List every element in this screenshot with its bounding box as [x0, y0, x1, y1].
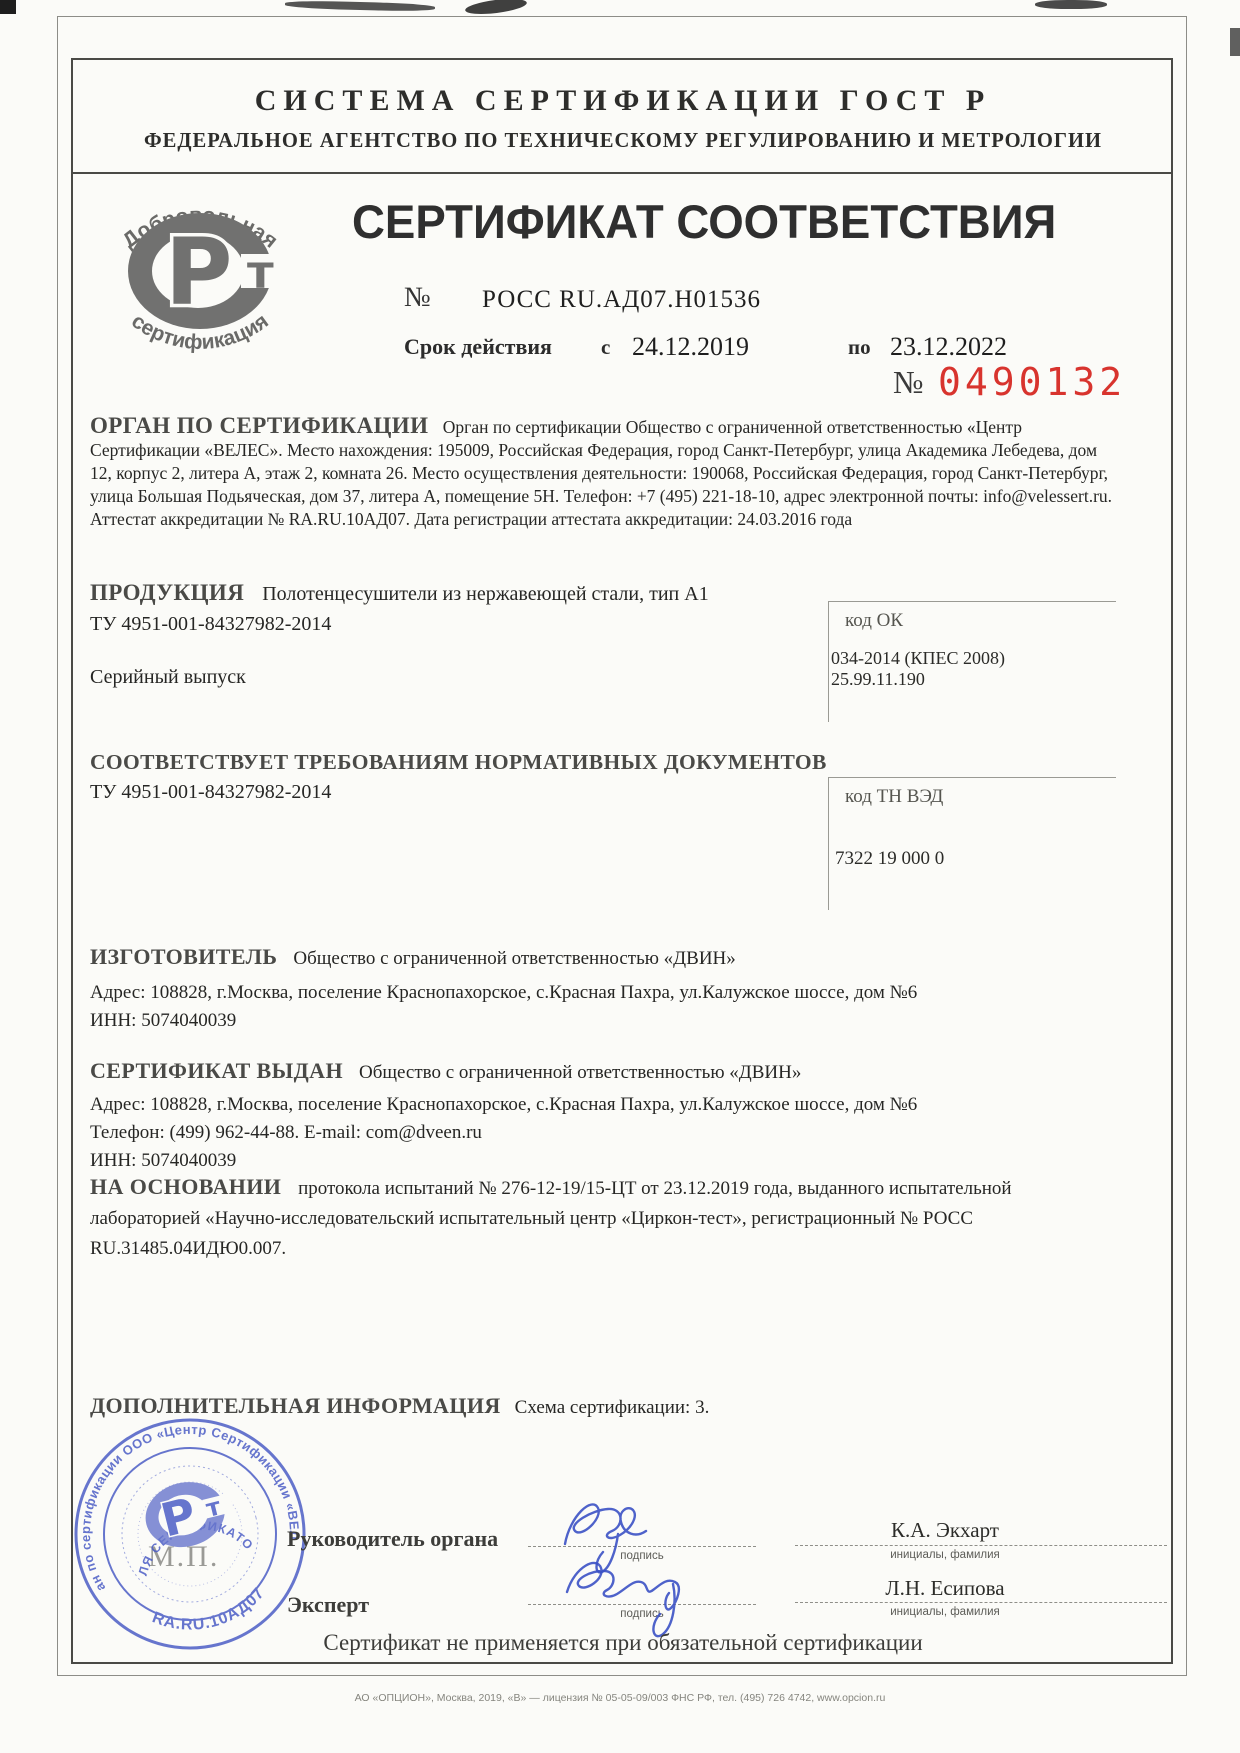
code-ok-label: код ОК — [845, 610, 1116, 632]
validity-to-date: 23.12.2022 — [890, 332, 1007, 362]
code-tnved-label: код ТН ВЭД — [845, 786, 1116, 808]
print-info: АО «ОПЦИОН», Москва, 2019, «В» — лицензи… — [0, 1692, 1240, 1704]
expert-name-line — [795, 1602, 1167, 1603]
production-serial: Серийный выпуск — [90, 666, 820, 689]
validity-from-date: 24.12.2019 — [632, 332, 749, 362]
logo-letter-p: Р — [165, 219, 232, 326]
production-name: Полотенцесушители из нержавеющей стали, … — [262, 583, 709, 605]
expert-name: Л.Н. Есипова — [795, 1576, 1095, 1601]
certificate-page: СИСТЕМА СЕРТИФИКАЦИИ ГОСТ Р ФЕДЕРАЛЬНОЕ … — [0, 0, 1240, 1753]
manufacturer-inn: ИНН: 5074040039 — [90, 1007, 1130, 1035]
cert-number-value: РОСС RU.АД07.Н01536 — [482, 286, 761, 314]
document-title: СЕРТИФИКАТ СООТВЕТСТВИЯ — [352, 194, 1056, 249]
scan-artifact — [464, 0, 527, 17]
code-ok-box: код ОК 034-2014 (КПЕС 2008) 25.99.11.190 — [828, 601, 1116, 722]
blank-number-value: 0490132 — [938, 360, 1126, 404]
certification-stamp: Орган по сертификации ООО «Центр Сертифи… — [68, 1412, 312, 1656]
issued-to-address: Адрес: 108828, г.Москва, поселение Красн… — [90, 1091, 1130, 1119]
validity-label: Срок действия — [404, 334, 552, 360]
cert-number-label: № — [404, 282, 431, 314]
manufacturer-label: ИЗГОТОВИТЕЛЬ — [90, 944, 277, 969]
blank-number-label: № — [893, 364, 924, 401]
issued-to-name: Общество с ограниченной ответственностью… — [359, 1062, 801, 1083]
validity-from-prep: с — [601, 335, 610, 360]
validity-to-prep: по — [848, 335, 871, 360]
expert-name-caption: инициалы, фамилия — [795, 1606, 1095, 1618]
code-ok-value-2: 25.99.11.190 — [831, 669, 1116, 690]
scan-artifact — [1035, 0, 1107, 9]
issued-to-label: СЕРТИФИКАТ ВЫДАН — [90, 1058, 343, 1083]
logo-letter-t: т — [247, 245, 274, 299]
production-label: ПРОДУКЦИЯ — [90, 580, 244, 605]
conforms-label: СООТВЕТСТВУЕТ ТРЕБОВАНИЯМ НОРМАТИВНЫХ ДО… — [90, 750, 830, 775]
expert-role-label: Эксперт — [287, 1592, 369, 1618]
basis-section: НА ОСНОВАНИИ протокола испытаний № 276-1… — [90, 1172, 1100, 1264]
head-name: К.А. Экхарт — [795, 1518, 1095, 1543]
scan-artifact — [0, 0, 16, 14]
head-name-line — [795, 1545, 1167, 1546]
manufacturer-name: Общество с ограниченной ответственностью… — [293, 948, 735, 969]
basis-label: НА ОСНОВАНИИ — [90, 1174, 281, 1199]
issued-to-section: СЕРТИФИКАТ ВЫДАН Общество с ограниченной… — [90, 1058, 1130, 1175]
additional-info-text: Схема сертификации: 3. — [515, 1397, 710, 1418]
production-tu: ТУ 4951-001-84327982-2014 — [90, 613, 820, 636]
rst-voluntary-certification-logo: Добровольная Р т сертификация — [95, 176, 310, 366]
conforms-tu: ТУ 4951-001-84327982-2014 — [90, 781, 830, 804]
certification-system-title: СИСТЕМА СЕРТИФИКАЦИИ ГОСТ Р — [72, 84, 1174, 118]
head-name-caption: инициалы, фамилия — [795, 1549, 1095, 1561]
header-divider — [73, 172, 1171, 174]
head-role-label: Руководитель органа — [287, 1526, 498, 1552]
code-ok-value-1: 034-2014 (КПЕС 2008) — [831, 648, 1116, 669]
certification-body-section: ОРГАН ПО СЕРТИФИКАЦИИ Орган по сертифика… — [90, 414, 1122, 531]
issued-to-inn: ИНН: 5074040039 — [90, 1147, 1130, 1175]
scan-artifact — [1230, 28, 1240, 56]
conforms-section: СООТВЕТСТВУЕТ ТРЕБОВАНИЯМ НОРМАТИВНЫХ ДО… — [90, 750, 830, 804]
code-tnved-box: код ТН ВЭД 7322 19 000 0 — [828, 777, 1116, 910]
certification-body-label: ОРГАН ПО СЕРТИФИКАЦИИ — [90, 413, 428, 438]
footer-note: Сертификат не применяется при обязательн… — [72, 1630, 1174, 1656]
agency-title: ФЕДЕРАЛЬНОЕ АГЕНТСТВО ПО ТЕХНИЧЕСКОМУ РЕ… — [83, 128, 1163, 153]
production-section: ПРОДУКЦИЯ Полотенцесушители из нержавеющ… — [90, 580, 820, 689]
scan-artifact — [285, 0, 435, 12]
manufacturer-section: ИЗГОТОВИТЕЛЬ Общество с ограниченной отв… — [90, 944, 1130, 1035]
code-tnved-value: 7322 19 000 0 — [835, 848, 1116, 869]
manufacturer-address: Адрес: 108828, г.Москва, поселение Красн… — [90, 979, 1130, 1007]
issued-to-phone: Телефон: (499) 962-44-88. E-mail: com@dv… — [90, 1119, 1130, 1147]
